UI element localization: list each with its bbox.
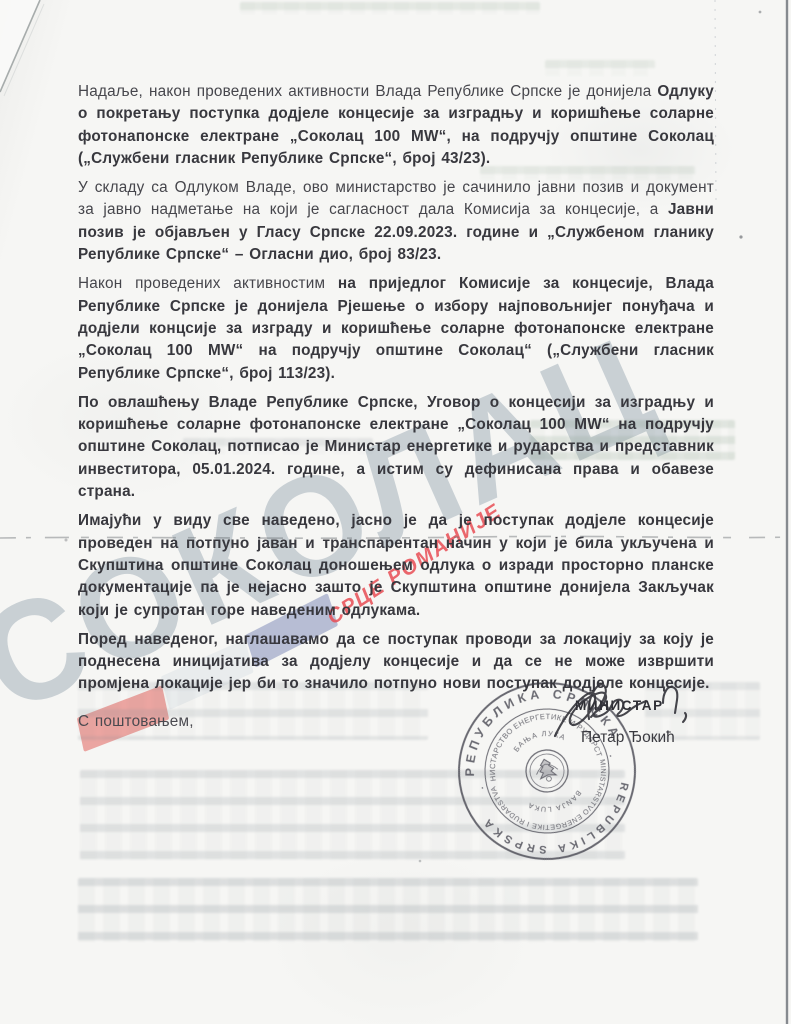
svg-text:·: · bbox=[480, 783, 485, 793]
bleedthrough-text bbox=[78, 878, 698, 942]
svg-text:REPUBLIKA SRPSKA: REPUBLIKA SRPSKA bbox=[478, 779, 642, 872]
svg-text:BANJA LUKA: BANJA LUKA bbox=[524, 787, 586, 820]
minister-title: МИНИСТАР bbox=[575, 698, 664, 713]
paragraph: У складу са Одлуком Владе, ово министарс… bbox=[78, 177, 714, 266]
svg-text:MINISTARSTVO ENERGETIKE I RUDA: MINISTARSTVO ENERGETIKE I RUDARSTVA bbox=[488, 758, 621, 845]
speck bbox=[419, 860, 422, 863]
scanned-letter-page: СОКОЛАЦ СРЦЕ РОМАНИЈЕ Надаље, након пров… bbox=[0, 0, 791, 1024]
paragraph: Имајући у виду све наведено, јасно је да… bbox=[78, 510, 714, 621]
coat-of-arms-icon bbox=[522, 746, 573, 797]
speck bbox=[65, 539, 68, 542]
svg-text:·: · bbox=[608, 751, 613, 761]
fold-crease-line bbox=[0, 0, 40, 92]
letter-body: Надаље, након проведених активности Влад… bbox=[78, 81, 714, 740]
dotted-scan-line bbox=[715, 0, 716, 200]
paragraph: Након проведених активностим на приједло… bbox=[78, 273, 714, 384]
corner-fold bbox=[0, 0, 40, 92]
bleedthrough-text bbox=[545, 60, 655, 76]
bleedthrough-text bbox=[80, 770, 625, 860]
bleedthrough-text bbox=[240, 2, 540, 14]
paragraph: По овлашћењу Владе Републике Српске, Уго… bbox=[78, 392, 714, 503]
speck bbox=[739, 235, 742, 238]
minister-name: Петар Ђокић bbox=[581, 729, 675, 747]
paragraph: Надаље, након проведених активности Влад… bbox=[78, 81, 714, 170]
paragraph: Поред наведеног, наглашавамо да се посту… bbox=[78, 629, 714, 696]
speck bbox=[759, 11, 762, 14]
